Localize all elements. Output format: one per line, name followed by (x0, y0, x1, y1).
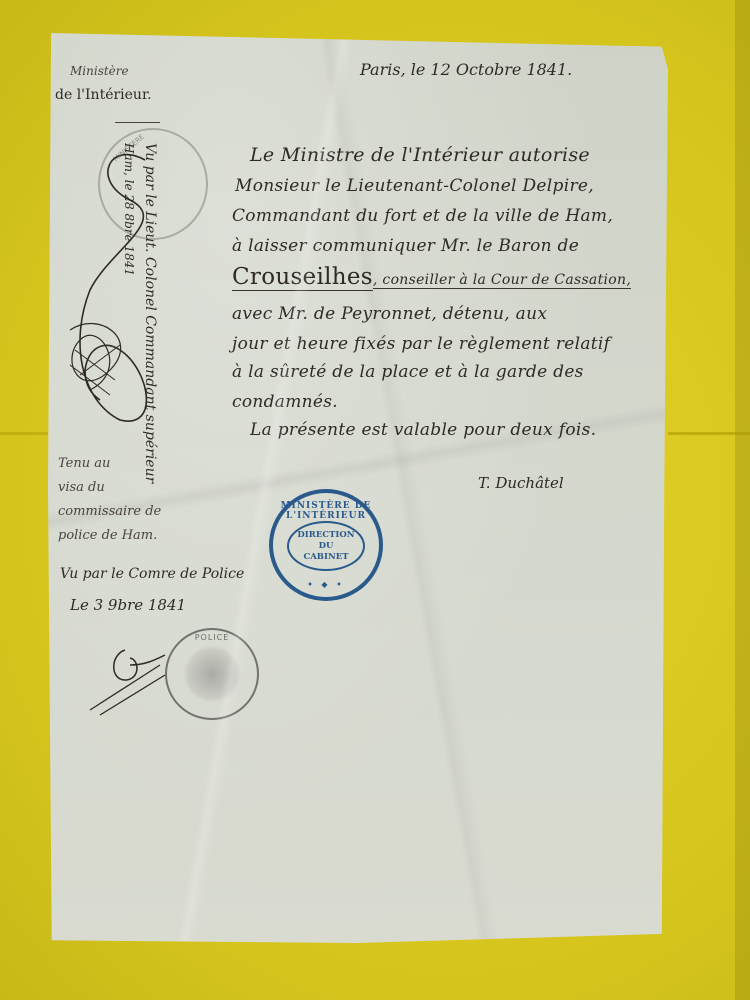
document-paper: MINISTÈRE Ministère de l'Intérieur. Pari… (48, 33, 668, 943)
body-line-9: condamnés. (232, 392, 338, 412)
police-stamp-emblem (183, 645, 241, 703)
letterhead-line-1: Ministère (70, 64, 129, 78)
margin-note-vu-police: Vu par le Comre de Police (60, 566, 244, 582)
stamp-line-direction: DIRECTION (297, 530, 354, 541)
margin-note-vertical-2: Ham, le 28 8bre 1841 (122, 143, 136, 276)
title-conseiller: , conseiller à la Cour de Cassation, (373, 272, 631, 289)
stamp-line-du: DU (319, 541, 334, 552)
letterhead-rule (115, 122, 160, 123)
body-line-7: jour et heure fixés par le règlement rel… (232, 334, 610, 354)
body-line-5: Crouseilhes, conseiller à la Cour de Cas… (232, 264, 631, 290)
stamp-line-cabinet: CABINET (303, 552, 348, 563)
date-line: Paris, le 12 Octobre 1841. (360, 60, 572, 79)
margin-note-tenu-au-visa: Tenu au visa du commissaire de police de… (58, 452, 161, 548)
police-stamp-text: POLICE (167, 633, 257, 642)
letterhead-line-2: de l'Intérieur. (55, 87, 152, 103)
name-crouseilhes: Crouseilhes (232, 264, 373, 291)
body-line-1: Le Ministre de l'Intérieur autorise (250, 144, 590, 166)
body-line-10: La présente est valable pour deux fois. (250, 420, 596, 440)
body-line-4: à laisser communiquer Mr. le Baron de (232, 236, 579, 256)
stamp-inner-oval: DIRECTION DU CABINET (287, 521, 365, 571)
minister-signature: T. Duchâtel (478, 474, 564, 492)
body-line-6: avec Mr. de Peyronnet, détenu, aux (232, 304, 547, 324)
police-commissioner-signature (85, 640, 175, 720)
police-stamp: POLICE (165, 628, 259, 720)
body-line-2: Monsieur le Lieutenant-Colonel Delpire, (235, 176, 594, 196)
fold-crease-right (668, 432, 750, 435)
fold-crease-left (0, 432, 48, 435)
margin-note-vertical-1: Vu par le Lieut. Colonel Commandant supé… (142, 143, 158, 483)
stamp-ring-text: MINISTÈRE DE L'INTÉRIEUR (273, 501, 379, 521)
body-line-3: Commandant du fort et de la ville de Ham… (232, 206, 613, 226)
stamp-ornament: • ◆ • (273, 579, 379, 589)
margin-note-vu-police-date: Le 3 9bre 1841 (70, 596, 186, 614)
body-line-8: à la sûreté de la place et à la garde de… (232, 362, 584, 382)
direction-du-cabinet-stamp: MINISTÈRE DE L'INTÉRIEUR DIRECTION DU CA… (269, 489, 383, 601)
